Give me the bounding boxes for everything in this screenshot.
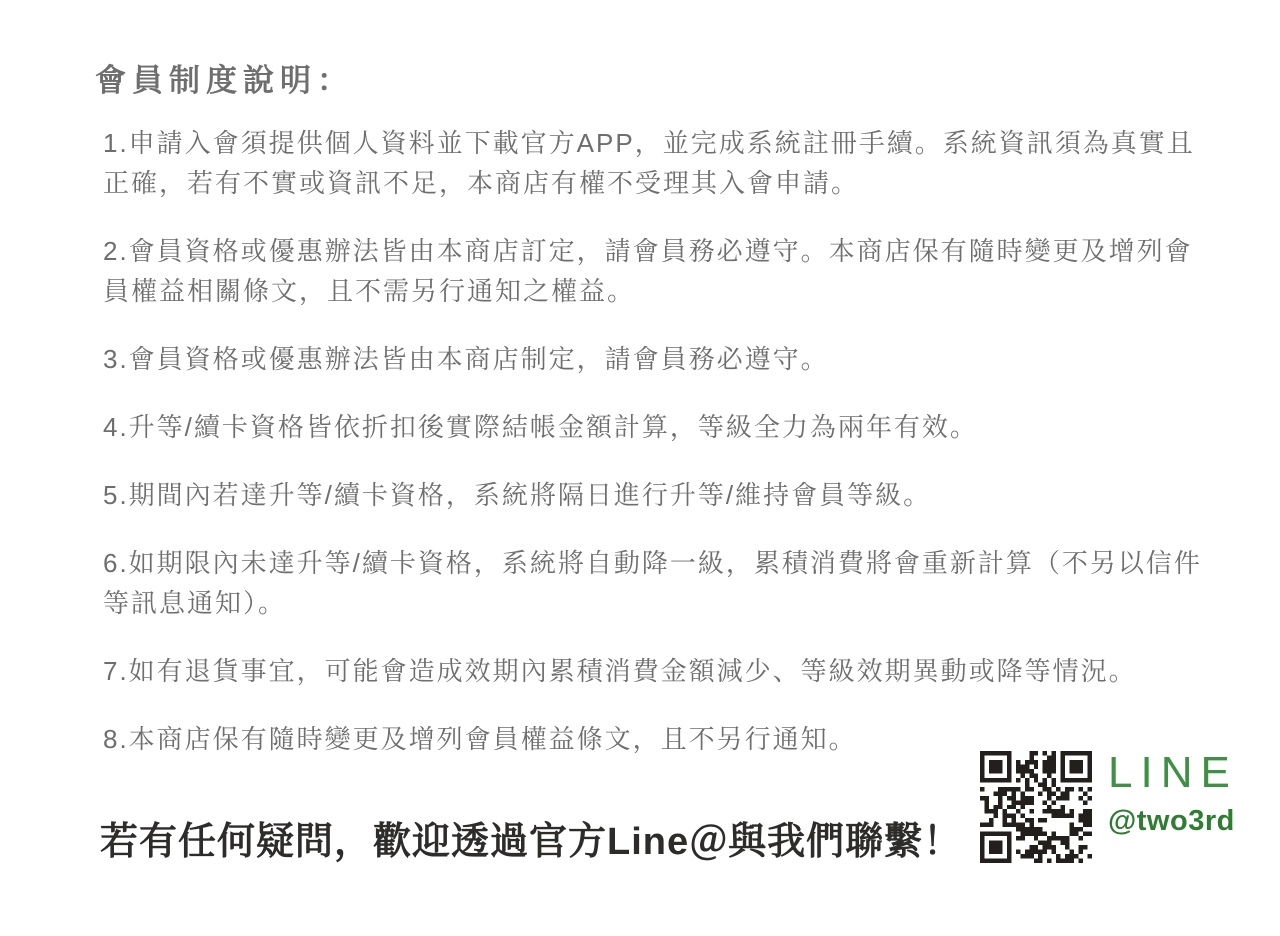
line-contact-block: LINE @two3rd: [980, 750, 1238, 864]
term-item-5: 5.期間內若達升等/續卡資格，系統將隔日進行升等/維持會員等級。: [103, 475, 1203, 515]
term-item-4: 4.升等/續卡資格皆依折扣後實際結帳金額計算，等級全力為兩年有效。: [103, 407, 1203, 447]
term-item-1: 1.申請入會須提供個人資料並下載官方APP，並完成系統註冊手續。系統資訊須為真實…: [103, 123, 1203, 203]
term-item-3: 3.會員資格或優惠辦法皆由本商店制定，請會員務必遵守。: [103, 339, 1203, 379]
line-handle-label: @two3rd: [1108, 804, 1238, 838]
terms-list: 1.申請入會須提供個人資料並下載官方APP，並完成系統註冊手續。系統資訊須為真實…: [103, 123, 1203, 787]
contact-note: 若有任何疑問，歡迎透過官方Line＠與我們聯繫！: [100, 810, 962, 865]
term-item-2: 2.會員資格或優惠辦法皆由本商店訂定，請會員務必遵守。本商店保有隨時變更及增列會…: [103, 231, 1203, 311]
line-brand-label: LINE: [1108, 750, 1238, 796]
membership-notice-page: 會員制度說明： 1.申請入會須提供個人資料並下載官方APP，並完成系統註冊手續。…: [0, 0, 1280, 936]
line-text: LINE @two3rd: [1108, 750, 1238, 838]
term-item-6: 6.如期限內未達升等/續卡資格，系統將自動降一級，累積消費將會重新計算（不另以信…: [103, 543, 1203, 623]
term-item-7: 7.如有退貨事宜，可能會造成效期內累積消費金額減少、等級效期異動或降等情況。: [103, 651, 1203, 691]
line-qr-code-icon: [980, 750, 1092, 864]
page-title: 會員制度說明：: [95, 55, 354, 100]
